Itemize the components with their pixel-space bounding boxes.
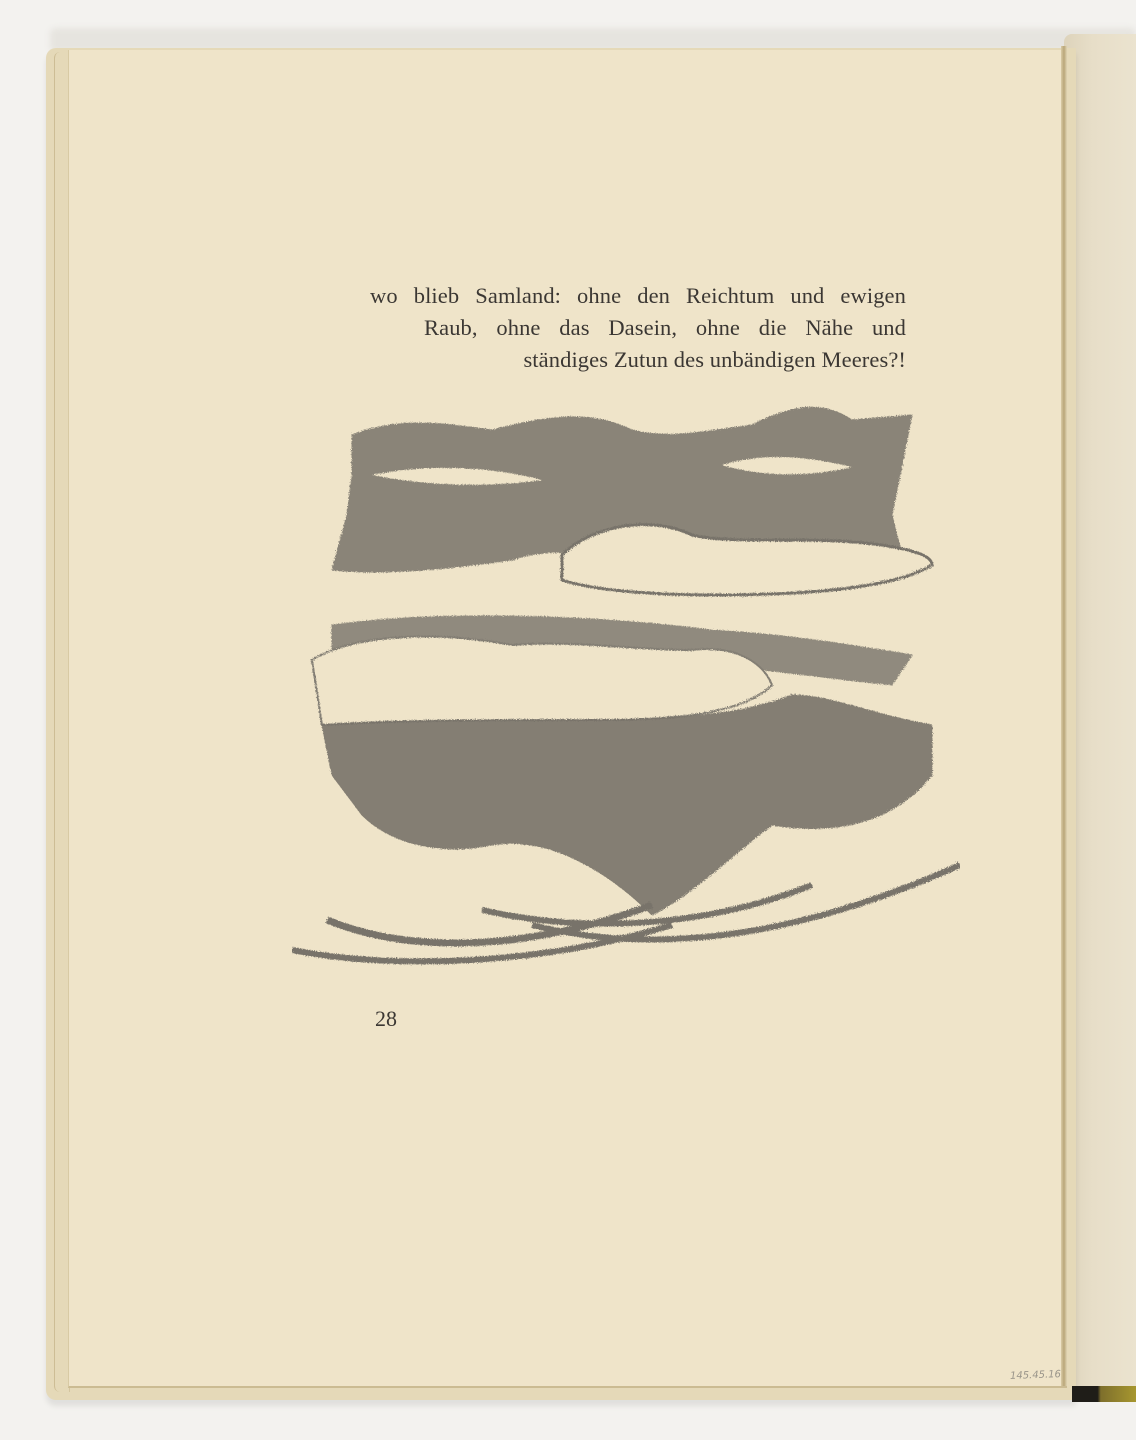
verse-line-1: wo blieb Samland: ohne den Reichtum und … — [370, 280, 906, 312]
accession-note: 145.45.16 — [1010, 1369, 1061, 1382]
verse-line-2: Raub, ohne das Dasein, ohne die Nähe und — [424, 312, 906, 344]
book-gutter — [1061, 46, 1067, 1386]
waves-illustration — [292, 395, 960, 980]
verse-text: wo blieb Samland: ohne den Reichtum und … — [370, 280, 906, 376]
binding-strip — [1072, 1386, 1136, 1402]
verse-line-3: ständiges Zutun des unbändigen Meeres?! — [370, 344, 906, 376]
page-number: 28 — [375, 1006, 397, 1032]
